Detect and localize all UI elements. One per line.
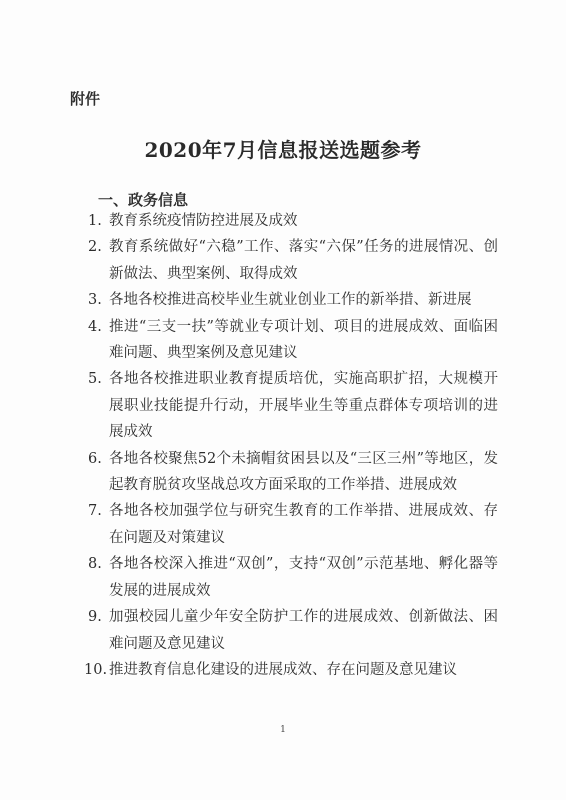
item-text: 各地各校加强学位与研究生教育的工作举措、进展成效、存在问题及对策建议 bbox=[109, 498, 498, 551]
item-text: 推进教育信息化建设的进展成效、存在问题及意见建议 bbox=[109, 657, 498, 683]
list-item: 4.推进“三支一扶”等就业专项计划、项目的进展成效、面临困难问题、典型案例及意见… bbox=[88, 314, 498, 367]
list-item: 2.教育系统做好“六稳”工作、落实“六保”任务的进展情况、创新做法、典型案例、取… bbox=[88, 234, 498, 287]
item-text: 教育系统疫情防控进展及成效 bbox=[109, 208, 498, 234]
list-item: 7.各地各校加强学位与研究生教育的工作举措、进展成效、存在问题及对策建议 bbox=[88, 498, 498, 551]
item-number: 9. bbox=[88, 604, 109, 657]
attachment-label: 附件 bbox=[70, 88, 100, 109]
list-item: 3.各地各校推进高校毕业生就业创业工作的新举措、新进展 bbox=[88, 287, 498, 313]
item-number: 4. bbox=[88, 314, 109, 367]
list-item: 10.推进教育信息化建设的进展成效、存在问题及意见建议 bbox=[88, 657, 498, 683]
item-number: 5. bbox=[88, 366, 109, 445]
document-page: 附件 2020年7月信息报送选题参考 一、政务信息 1.教育系统疫情防控进展及成… bbox=[0, 0, 566, 800]
item-text: 各地各校聚焦52个未摘帽贫困县以及“三区三州”等地区，发起教育脱贫攻坚战总攻方面… bbox=[109, 446, 498, 499]
item-number: 1. bbox=[88, 208, 109, 234]
topic-list: 1.教育系统疫情防控进展及成效 2.教育系统做好“六稳”工作、落实“六保”任务的… bbox=[88, 208, 498, 683]
document-title: 2020年7月信息报送选题参考 bbox=[0, 134, 566, 163]
page-number: 1 bbox=[0, 725, 566, 735]
list-item: 6.各地各校聚焦52个未摘帽贫困县以及“三区三州”等地区，发起教育脱贫攻坚战总攻… bbox=[88, 446, 498, 499]
list-item: 9.加强校园儿童少年安全防护工作的进展成效、创新做法、困难问题及意见建议 bbox=[88, 604, 498, 657]
list-item: 5.各地各校推进职业教育提质培优，实施高职扩招，大规模开展职业技能提升行动，开展… bbox=[88, 366, 498, 445]
item-text: 教育系统做好“六稳”工作、落实“六保”任务的进展情况、创新做法、典型案例、取得成… bbox=[109, 234, 498, 287]
item-text: 各地各校推进高校毕业生就业创业工作的新举措、新进展 bbox=[109, 287, 498, 313]
item-text: 加强校园儿童少年安全防护工作的进展成效、创新做法、困难问题及意见建议 bbox=[109, 604, 498, 657]
item-number: 2. bbox=[88, 234, 109, 287]
item-number: 8. bbox=[88, 551, 109, 604]
item-text: 推进“三支一扶”等就业专项计划、项目的进展成效、面临困难问题、典型案例及意见建议 bbox=[109, 314, 498, 367]
list-item: 8.各地各校深入推进“双创”，支持“双创”示范基地、孵化器等发展的进展成效 bbox=[88, 551, 498, 604]
item-number: 7. bbox=[88, 498, 109, 551]
item-number: 6. bbox=[88, 446, 109, 499]
item-number: 3. bbox=[88, 287, 109, 313]
item-text: 各地各校深入推进“双创”，支持“双创”示范基地、孵化器等发展的进展成效 bbox=[109, 551, 498, 604]
item-number: 10. bbox=[84, 657, 109, 683]
section-heading: 一、政务信息 bbox=[98, 189, 188, 210]
list-item: 1.教育系统疫情防控进展及成效 bbox=[88, 208, 498, 234]
item-text: 各地各校推进职业教育提质培优，实施高职扩招，大规模开展职业技能提升行动，开展毕业… bbox=[109, 366, 498, 445]
